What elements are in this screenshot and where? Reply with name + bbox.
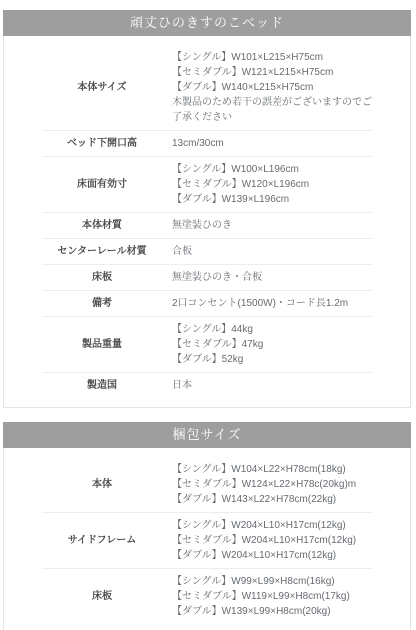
row-label: サイドフレーム: [42, 533, 162, 548]
row-label: 製造国: [42, 378, 162, 393]
row-value: 無塗装ひのき・合板: [172, 270, 372, 285]
table-row: サイドフレーム【シングル】W204×L10×H17cm(12kg)【セミダブル】…: [42, 512, 372, 568]
value-line: 【シングル】W99×L99×H8cm(16kg): [172, 574, 372, 589]
value-line: 合板: [172, 244, 372, 259]
row-label: 床板: [42, 270, 162, 285]
value-line: 【ダブル】W143×L22×H78cm(22kg): [172, 492, 372, 507]
row-label: センターレール材質: [42, 244, 162, 259]
row-value: 日本: [172, 378, 372, 393]
value-line: 【ダブル】W139×L196cm: [172, 192, 372, 207]
row-value: 【シングル】W99×L99×H8cm(16kg)【セミダブル】W119×L99×…: [172, 574, 372, 619]
value-line: 【ダブル】W139×L99×H8cm(20kg): [172, 604, 372, 619]
value-line: 【セミダブル】W204×L10×H17cm(12kg): [172, 533, 372, 548]
value-line: 【シングル】W104×L22×H78cm(18kg): [172, 462, 372, 477]
row-value: 合板: [172, 244, 372, 259]
value-line: 【シングル】W204×L10×H17cm(12kg): [172, 518, 372, 533]
value-line: 日本: [172, 378, 372, 393]
value-line: 【セミダブル】W120×L196cm: [172, 177, 372, 192]
spec-table-body: 本体サイズ【シングル】W101×L215×H75cm【セミダブル】W121×L2…: [3, 36, 411, 408]
value-line: 2口コンセント(1500W)・コード長1.2m: [172, 296, 372, 311]
table-row: 製品重量【シングル】44kg【セミダブル】47kg【ダブル】52kg: [42, 316, 372, 372]
value-line: 木製品のため若干の誤差がございますのでご了承ください: [172, 95, 372, 125]
value-line: 【シングル】44kg: [172, 322, 372, 337]
value-line: 【ダブル】W204×L10×H17cm(12kg): [172, 548, 372, 563]
row-label: ベッド下開口高: [42, 136, 162, 151]
package-size-table-title: 梱包サイズ: [3, 422, 411, 448]
value-line: 【ダブル】W140×L215×H75cm: [172, 80, 372, 95]
row-value: 【シングル】W104×L22×H78cm(18kg)【セミダブル】W124×L2…: [172, 462, 372, 507]
table-row: 本体サイズ【シングル】W101×L215×H75cm【セミダブル】W121×L2…: [42, 45, 372, 130]
value-line: 【シングル】W101×L215×H75cm: [172, 50, 372, 65]
row-value: 【シングル】W100×L196cm【セミダブル】W120×L196cm【ダブル】…: [172, 162, 372, 207]
spec-table: 頑丈ひのきすのこベッド 本体サイズ【シングル】W101×L215×H75cm【セ…: [3, 10, 411, 408]
table-row: 本体材質無塗装ひのき: [42, 212, 372, 238]
row-value: 13cm/30cm: [172, 136, 372, 151]
product-spec-page: 頑丈ひのきすのこベッド 本体サイズ【シングル】W101×L215×H75cm【セ…: [0, 0, 416, 630]
row-label: 床面有効寸: [42, 177, 162, 192]
table-row: 備考2口コンセント(1500W)・コード長1.2m: [42, 290, 372, 316]
table-row: 本体【シングル】W104×L22×H78cm(18kg)【セミダブル】W124×…: [42, 457, 372, 512]
value-line: 【セミダブル】47kg: [172, 337, 372, 352]
row-label: 製品重量: [42, 337, 162, 352]
value-line: 【シングル】W100×L196cm: [172, 162, 372, 177]
table-row: ベッド下開口高13cm/30cm: [42, 130, 372, 156]
table-row: 床面有効寸【シングル】W100×L196cm【セミダブル】W120×L196cm…: [42, 156, 372, 212]
row-label: 本体: [42, 477, 162, 492]
row-label: 本体材質: [42, 218, 162, 233]
row-value: 2口コンセント(1500W)・コード長1.2m: [172, 296, 372, 311]
row-value: 【シングル】44kg【セミダブル】47kg【ダブル】52kg: [172, 322, 372, 367]
package-size-table: 梱包サイズ 本体【シングル】W104×L22×H78cm(18kg)【セミダブル…: [3, 422, 411, 630]
value-line: 【セミダブル】W121×L215×H75cm: [172, 65, 372, 80]
row-value: 無塗装ひのき: [172, 218, 372, 233]
value-line: 13cm/30cm: [172, 136, 372, 151]
value-line: 無塗装ひのき・合板: [172, 270, 372, 285]
table-row: 製造国日本: [42, 372, 372, 398]
value-line: 【セミダブル】W119×L99×H8cm(17kg): [172, 589, 372, 604]
row-label: 備考: [42, 296, 162, 311]
row-value: 【シングル】W101×L215×H75cm【セミダブル】W121×L215×H7…: [172, 50, 372, 125]
table-row: 床板【シングル】W99×L99×H8cm(16kg)【セミダブル】W119×L9…: [42, 568, 372, 624]
package-size-table-body: 本体【シングル】W104×L22×H78cm(18kg)【セミダブル】W124×…: [3, 448, 411, 630]
value-line: 【ダブル】52kg: [172, 352, 372, 367]
table-row: 床板無塗装ひのき・合板: [42, 264, 372, 290]
value-line: 無塗装ひのき: [172, 218, 372, 233]
row-value: 【シングル】W204×L10×H17cm(12kg)【セミダブル】W204×L1…: [172, 518, 372, 563]
value-line: 【セミダブル】W124×L22×H78c(20kg)m: [172, 477, 372, 492]
spec-table-title: 頑丈ひのきすのこベッド: [3, 10, 411, 36]
table-row: センターレール材質合板: [42, 238, 372, 264]
row-label: 床板: [42, 589, 162, 604]
row-label: 本体サイズ: [42, 80, 162, 95]
